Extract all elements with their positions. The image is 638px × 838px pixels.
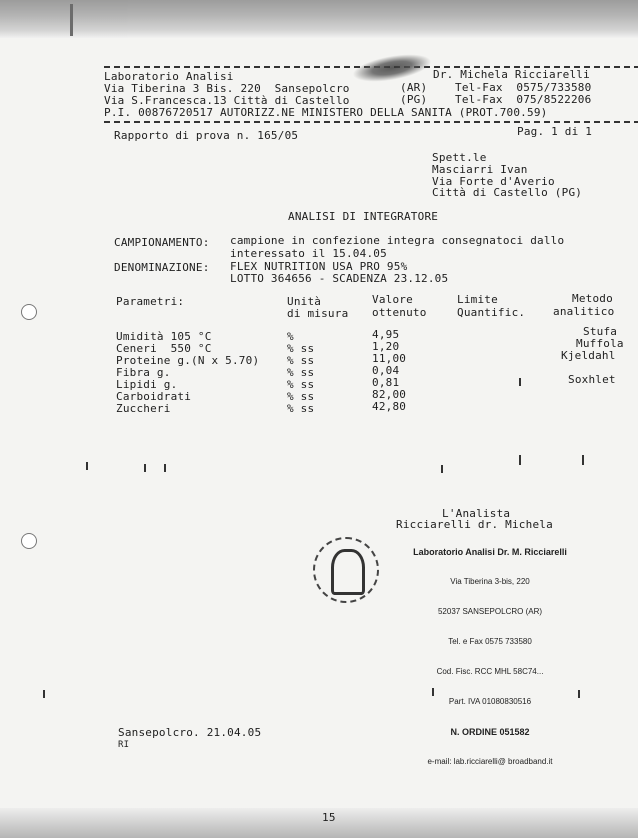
col-header-value-2: ottenuto <box>372 307 427 319</box>
sampling-text-2: interessato il 15.04.05 <box>230 248 387 260</box>
lab-stamp: Laboratorio Analisi Dr. M. Ricciarelli V… <box>385 527 595 777</box>
tel-fax-2: Tel-Fax 075/8522206 <box>455 94 591 106</box>
doctor-name: Dr. Michela Ricciarelli <box>433 69 590 81</box>
col-header-limit-2: Quantific. <box>457 307 525 319</box>
stamp-line: 52037 SANSEPOLCRO (AR) <box>385 607 595 617</box>
document-title: ANALISI DI INTEGRATORE <box>288 211 438 223</box>
col-header-method-2: analitico <box>553 306 614 318</box>
table-row: Zuccheri % ss 42,80 <box>0 403 638 415</box>
param-unit: % ss <box>287 403 314 415</box>
punch-hole-icon <box>21 304 37 320</box>
denomination-lot: LOTTO 364656 - SCADENZA 23.12.05 <box>230 273 448 285</box>
param-name: Zuccheri <box>116 403 171 415</box>
stamp-line: Via Tiberina 3-bis, 220 <box>385 577 595 587</box>
param-method: Soxhlet <box>568 374 616 386</box>
scan-speck <box>164 464 166 472</box>
col-header-unit-2: di misura <box>287 308 348 320</box>
recipient-city: Città di Castello (PG) <box>432 187 582 199</box>
page-number: 15 <box>322 812 336 824</box>
punch-hole-icon <box>21 533 37 549</box>
page-indicator: Pag. 1 di 1 <box>517 126 592 138</box>
col-header-value-1: Valore <box>372 294 413 306</box>
scan-speck <box>86 462 88 470</box>
scan-speck <box>144 464 146 472</box>
report-number: Rapporto di prova n. 165/05 <box>114 130 298 142</box>
scan-speck <box>43 690 45 698</box>
lab-vat-authorization: P.I. 00876720517 AUTORIZZ.NE MINISTERO D… <box>104 107 547 119</box>
stamp-line: Tel. e Fax 0575 733580 <box>385 637 595 647</box>
stamp-line: Laboratorio Analisi Dr. M. Ricciarelli <box>385 547 595 557</box>
col-header-param: Parametri: <box>116 296 184 308</box>
scan-speck <box>519 455 521 465</box>
scan-shadow-bottom <box>0 808 638 838</box>
scan-speck <box>441 465 443 473</box>
province-pg: (PG) <box>400 94 427 106</box>
scan-shadow-top <box>0 0 638 38</box>
denomination-label: DENOMINAZIONE: <box>114 262 210 274</box>
sampling-text-1: campione in confezione integra consegnat… <box>230 235 564 247</box>
initials: RI <box>118 739 129 751</box>
header-rule-bottom <box>104 121 638 123</box>
col-header-method-1: Metodo <box>572 293 613 305</box>
param-method: Kjeldahl <box>561 350 616 362</box>
table-row: Proteine g.(N x 5.70) % ss 11,00 Kjeldah… <box>0 355 638 367</box>
place-date: Sansepolcro. 21.04.05 <box>118 727 261 739</box>
scan-speck <box>519 378 521 386</box>
scan-speck <box>582 455 584 465</box>
stamp-line: Part. IVA 01080830516 <box>385 697 595 707</box>
sampling-label: CAMPIONAMENTO: <box>114 237 210 249</box>
table-row: Carboidrati % ss 82,00 <box>0 391 638 403</box>
param-value: 42,80 <box>372 401 406 413</box>
table-row: Fibra g. % ss 0,04 <box>0 367 638 379</box>
col-header-limit-1: Limite <box>457 294 498 306</box>
stamp-line: Cod. Fisc. RCC MHL 58C74... <box>385 667 595 677</box>
official-seal-icon <box>313 537 379 603</box>
table-row: Umidità 105 °C % 4,95 Stufa <box>0 331 638 343</box>
stamp-line: N. ORDINE 051582 <box>385 727 595 737</box>
table-row: Ceneri 550 °C % ss 1,20 Muffola <box>0 343 638 355</box>
table-row: Lipidi g. % ss 0,81 Soxhlet <box>0 379 638 391</box>
stamp-line: e-mail: lab.ricciarelli@ broadband.it <box>385 757 595 767</box>
